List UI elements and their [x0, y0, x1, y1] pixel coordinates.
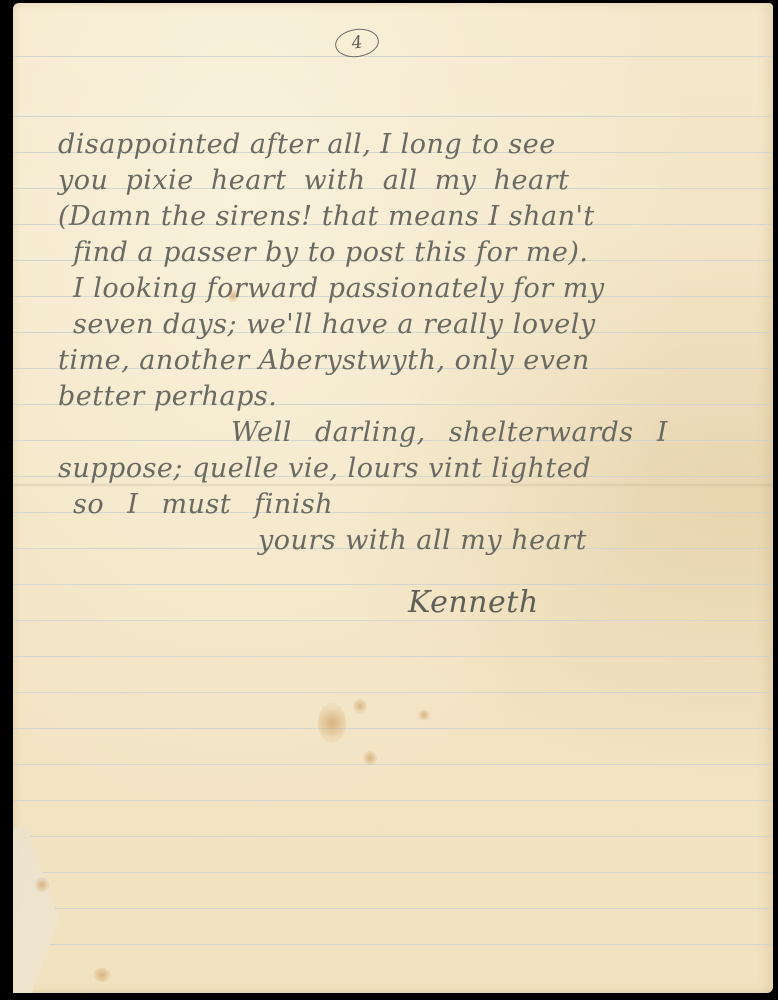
ruled-line — [13, 728, 773, 729]
foxing-stain — [353, 699, 367, 713]
letter-line-12: yours with all my heart — [258, 527, 587, 554]
ruled-line — [13, 692, 773, 693]
letter-line-8: better perhaps. — [58, 383, 277, 410]
signature: Kenneth — [408, 588, 539, 618]
ruled-line — [13, 944, 773, 945]
page-number-text: 4 — [350, 32, 364, 53]
ruled-line — [13, 764, 773, 765]
letter-line-11: so I must finish — [73, 491, 333, 518]
ruled-line — [13, 836, 773, 837]
ruled-line — [13, 800, 773, 801]
letter-line-2: you pixie heart with all my heart — [58, 167, 569, 194]
letter-line-10: suppose; quelle vie, lours vint lighted — [58, 455, 591, 482]
foxing-stain — [418, 710, 430, 720]
page-number: 4 — [333, 26, 380, 60]
letter-page: 4 disappointed after all, I long to see … — [13, 3, 773, 993]
ruled-line — [13, 116, 773, 117]
letter-line-6: seven days; we'll have a really lovely — [73, 311, 596, 338]
letter-line-4: find a passer by to post this for me). — [73, 239, 589, 266]
foxing-stain — [318, 703, 346, 743]
letter-line-1: disappointed after all, I long to see — [58, 131, 556, 158]
foxing-stain — [35, 878, 49, 892]
ruled-line — [13, 584, 773, 585]
ruled-line — [13, 656, 773, 657]
ruled-line — [13, 56, 773, 57]
ruled-line — [13, 872, 773, 873]
letter-line-5: I looking forward passionately for my — [73, 275, 605, 302]
foxing-stain — [363, 751, 377, 765]
foxing-stain — [93, 968, 111, 982]
letter-line-3: (Damn the sirens! that means I shan't — [58, 203, 595, 230]
letter-line-9: Well darling, shelterwards I — [231, 419, 668, 446]
ruled-line — [13, 908, 773, 909]
letter-line-7: time, another Aberystwyth, only even — [58, 347, 590, 374]
ruled-line — [13, 620, 773, 621]
folded-corner — [13, 828, 84, 993]
